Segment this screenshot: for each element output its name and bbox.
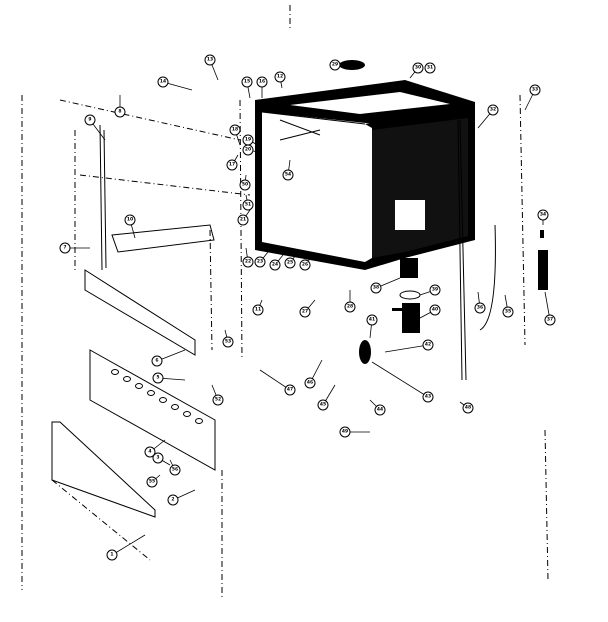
- callout-24: 24: [270, 255, 283, 270]
- svg-text:14: 14: [160, 79, 166, 85]
- pump-assembly: [359, 291, 420, 364]
- callout-21: 21: [238, 210, 250, 225]
- svg-text:41: 41: [369, 317, 375, 323]
- callout-37: 37: [545, 292, 555, 325]
- callout-44: 44: [370, 400, 385, 415]
- svg-text:3: 3: [156, 455, 159, 461]
- callout-23: 23: [255, 252, 268, 267]
- callout-5: 5: [153, 373, 185, 383]
- svg-text:36: 36: [477, 305, 483, 311]
- callout-6: 6: [152, 350, 185, 366]
- callout-43: 43: [372, 362, 433, 402]
- svg-text:30: 30: [415, 65, 421, 71]
- svg-text:22: 22: [245, 259, 251, 265]
- callout-18: 18: [230, 125, 240, 145]
- svg-text:39: 39: [432, 287, 438, 293]
- svg-text:6: 6: [155, 358, 158, 364]
- svg-text:23: 23: [257, 259, 263, 265]
- svg-text:4: 4: [148, 449, 151, 455]
- callout-55: 55: [147, 475, 160, 487]
- callout-47: 47: [260, 370, 295, 395]
- svg-text:21: 21: [240, 217, 246, 223]
- svg-text:44: 44: [377, 407, 383, 413]
- callout-33: 33: [525, 85, 540, 110]
- callout-8: 8: [115, 95, 125, 117]
- svg-text:8: 8: [118, 109, 121, 115]
- svg-text:11: 11: [255, 307, 261, 313]
- callout-41: 41: [367, 315, 377, 338]
- callout-22: 22: [243, 248, 253, 267]
- svg-text:50: 50: [242, 182, 248, 188]
- float-switch: [538, 230, 548, 290]
- svg-text:12: 12: [277, 74, 283, 80]
- callout-27: 27: [300, 300, 315, 317]
- svg-text:27: 27: [302, 309, 308, 315]
- svg-text:9: 9: [88, 117, 91, 123]
- svg-text:24: 24: [272, 262, 278, 268]
- callout-36: 36: [475, 292, 485, 313]
- svg-text:54: 54: [285, 172, 291, 178]
- callout-11: 11: [253, 300, 263, 315]
- callout-34: 34: [538, 210, 548, 225]
- callout-16: 16: [257, 77, 267, 98]
- callout-2: 2: [168, 490, 195, 505]
- callout-54: 54: [283, 160, 293, 180]
- svg-text:17: 17: [229, 162, 235, 168]
- svg-text:16: 16: [259, 79, 265, 85]
- svg-text:43: 43: [425, 394, 431, 400]
- callout-45: 45: [318, 385, 335, 410]
- svg-text:48: 48: [465, 405, 471, 411]
- svg-text:20: 20: [245, 147, 251, 153]
- callout-35: 35: [503, 295, 513, 317]
- svg-text:31: 31: [427, 65, 433, 71]
- callout-14: 14: [158, 77, 192, 90]
- svg-text:29: 29: [332, 62, 338, 68]
- callout-48: 48: [460, 402, 473, 413]
- svg-text:49: 49: [342, 429, 348, 435]
- svg-text:32: 32: [490, 107, 496, 113]
- callout-28: 28: [345, 290, 355, 312]
- svg-text:52: 52: [215, 397, 221, 403]
- callout-15: 15: [242, 77, 252, 98]
- top-rail: [112, 225, 214, 252]
- callout-31: 31: [425, 63, 435, 73]
- callout-53: 53: [223, 330, 233, 347]
- callout-1: 1: [107, 535, 145, 560]
- callout-3: 3: [153, 453, 170, 465]
- callout-56: 56: [170, 460, 180, 475]
- svg-text:35: 35: [505, 309, 511, 315]
- callout-12: 12: [275, 72, 285, 88]
- callout-49: 49: [340, 427, 370, 437]
- svg-text:37: 37: [547, 317, 553, 323]
- callout-39: 39: [420, 285, 440, 295]
- svg-text:25: 25: [287, 260, 293, 266]
- callout-51: 51: [243, 195, 253, 210]
- svg-text:45: 45: [320, 402, 326, 408]
- callout-32: 32: [478, 105, 498, 128]
- svg-text:53: 53: [225, 339, 231, 345]
- callout-17: 17: [227, 155, 238, 170]
- parts-diagram: 1234567891011121314151617181920212223242…: [0, 0, 608, 622]
- svg-text:5: 5: [156, 375, 159, 381]
- svg-text:42: 42: [425, 342, 431, 348]
- callout-9: 9: [85, 115, 105, 140]
- svg-text:1: 1: [110, 552, 113, 558]
- svg-text:51: 51: [245, 202, 251, 208]
- callout-40: 40: [420, 305, 440, 318]
- svg-text:13: 13: [207, 57, 213, 63]
- svg-text:47: 47: [287, 387, 293, 393]
- svg-text:26: 26: [302, 262, 308, 268]
- callout-13: 13: [205, 55, 218, 80]
- callout-10: 10: [125, 215, 135, 238]
- svg-text:2: 2: [171, 497, 174, 503]
- callout-50: 50: [240, 175, 250, 190]
- svg-text:7: 7: [63, 245, 66, 251]
- callout-52: 52: [212, 385, 223, 405]
- svg-text:18: 18: [232, 127, 238, 133]
- svg-text:33: 33: [532, 87, 538, 93]
- svg-text:55: 55: [149, 479, 155, 485]
- svg-text:19: 19: [245, 137, 251, 143]
- callout-30: 30: [410, 63, 423, 78]
- callout-38: 38: [371, 278, 400, 293]
- svg-text:15: 15: [244, 79, 250, 85]
- callout-42: 42: [385, 340, 433, 352]
- svg-text:10: 10: [127, 217, 133, 223]
- svg-text:38: 38: [373, 285, 379, 291]
- base-rail: [85, 270, 215, 470]
- svg-text:46: 46: [307, 380, 313, 386]
- svg-text:28: 28: [347, 304, 353, 310]
- svg-text:40: 40: [432, 307, 438, 313]
- svg-text:56: 56: [172, 467, 178, 473]
- callout-46: 46: [305, 360, 322, 388]
- frame-outline: [22, 5, 548, 600]
- svg-text:34: 34: [540, 212, 546, 218]
- access-panel: [52, 422, 155, 560]
